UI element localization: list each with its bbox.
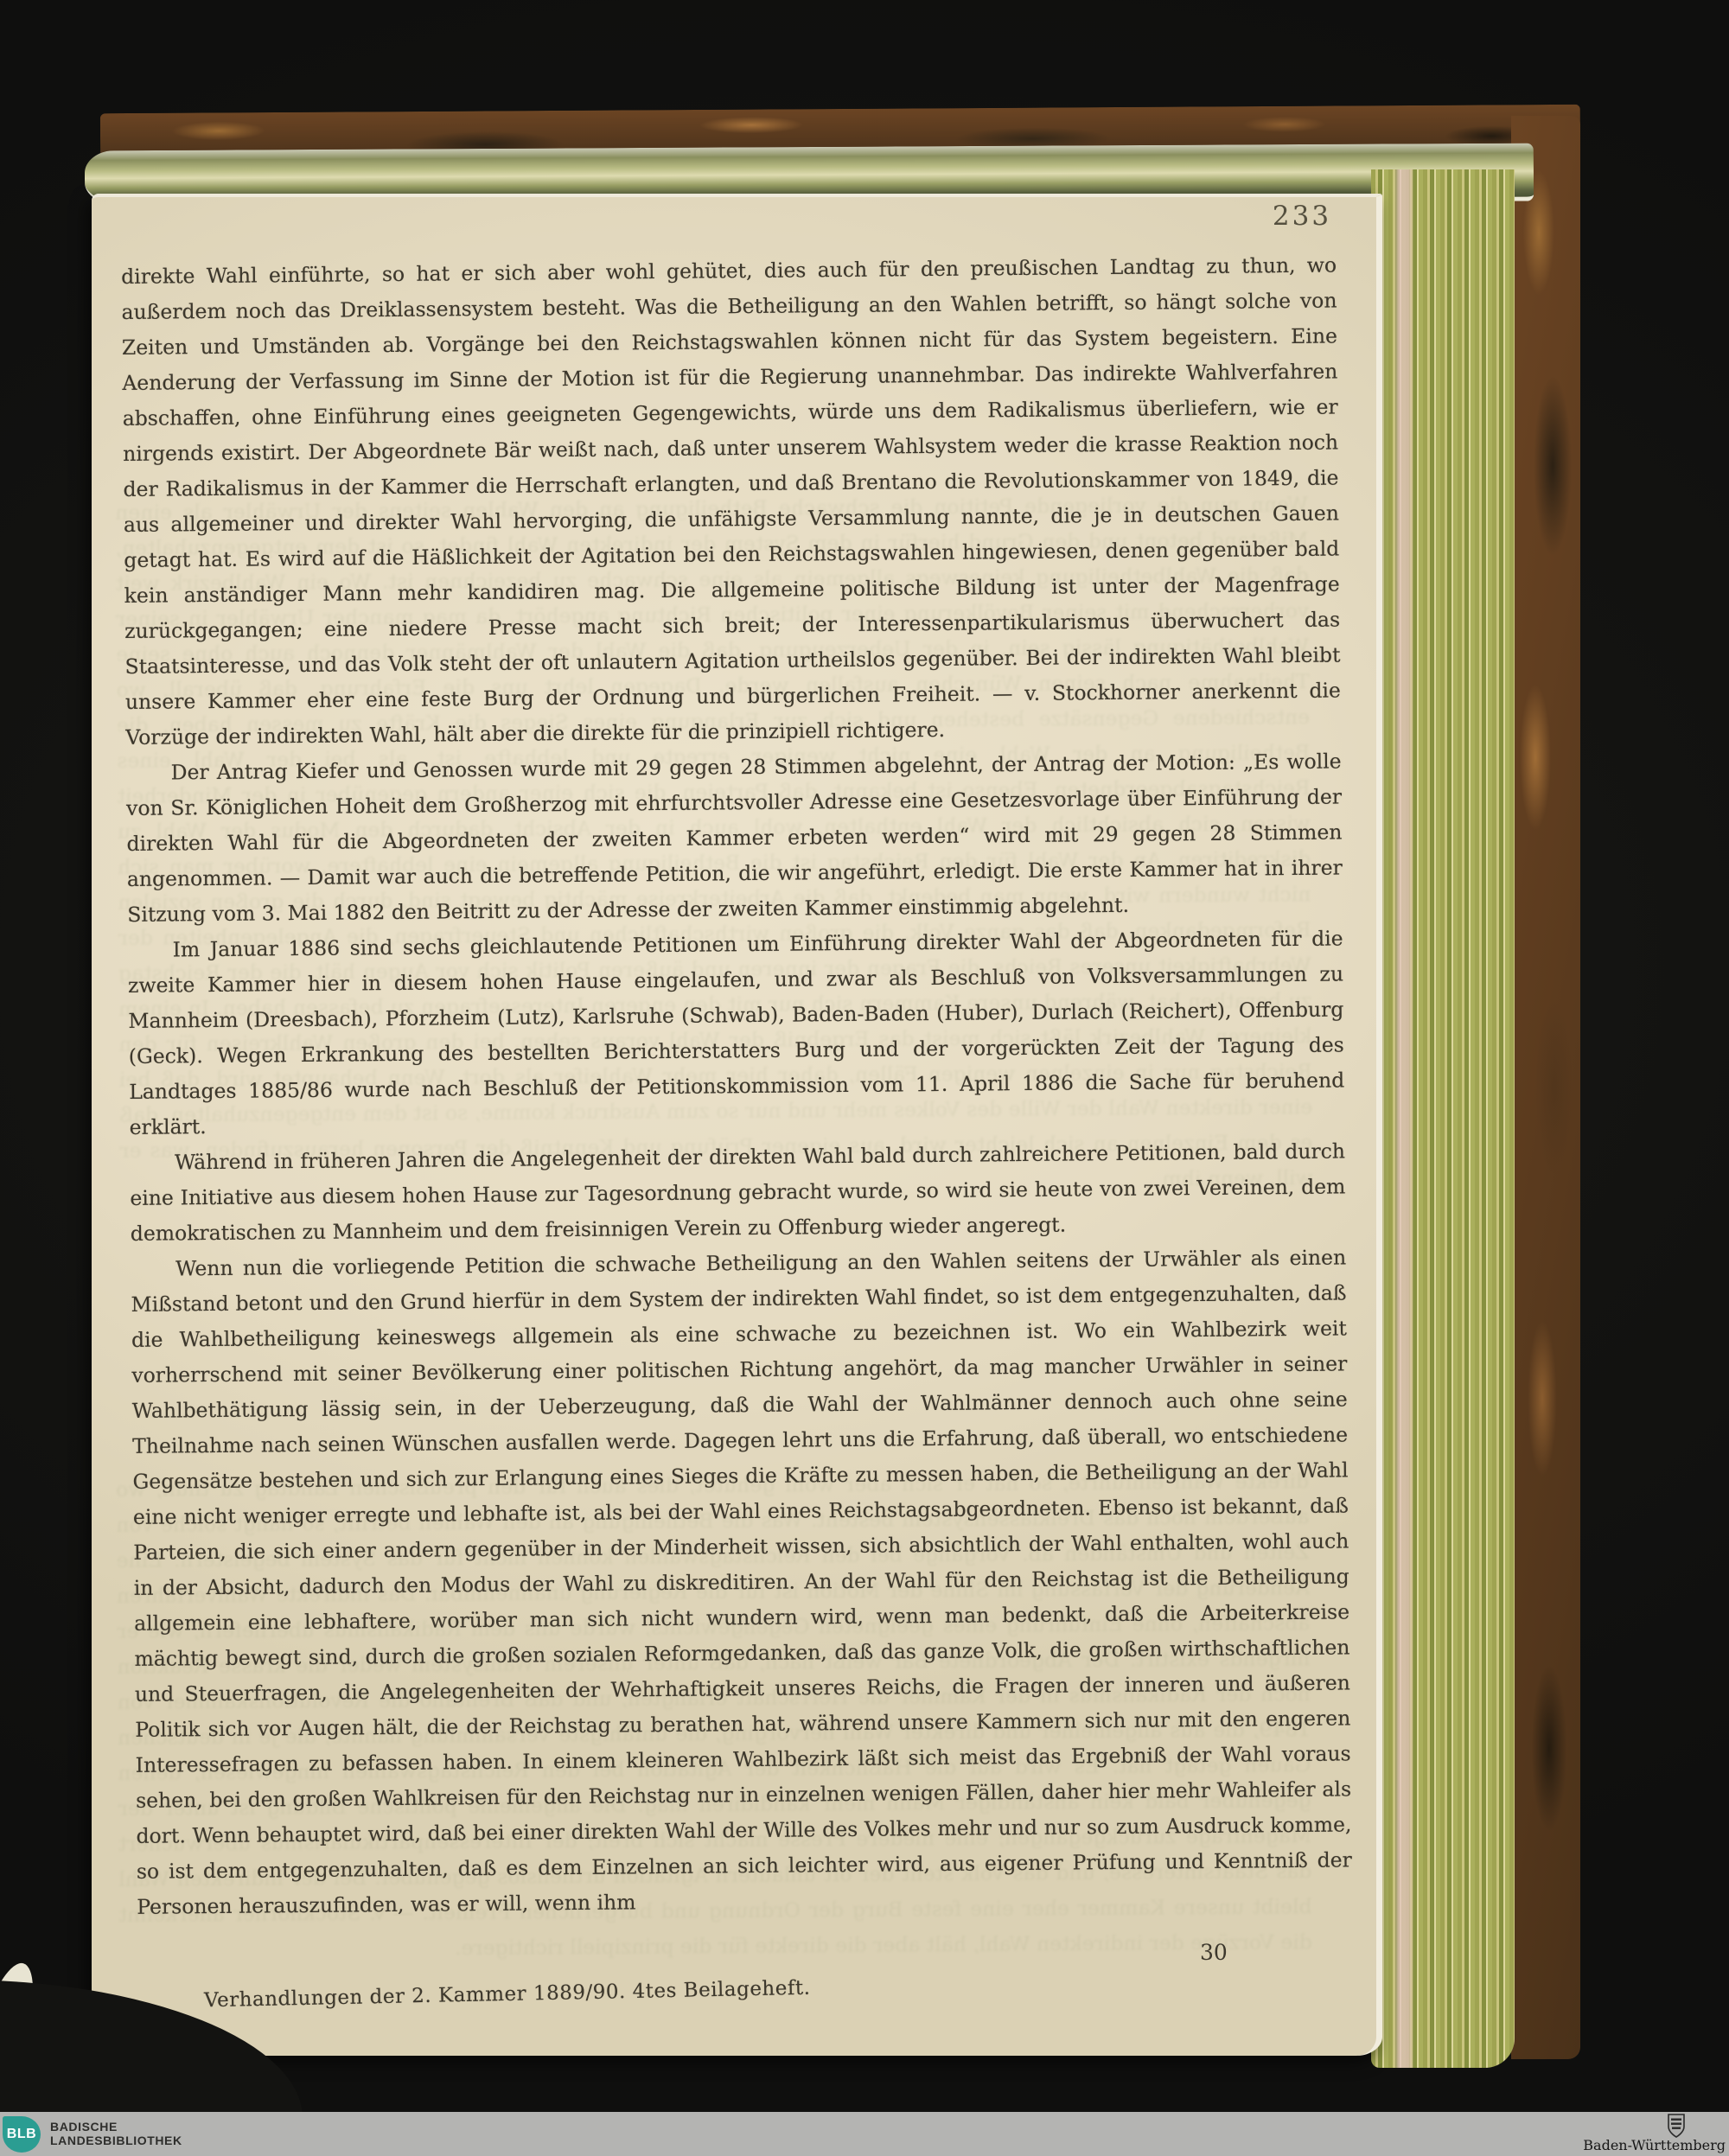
paragraph-2: Der Antrag Kiefer und Genossen wurde mit… <box>126 743 1343 932</box>
library-name-line2: LANDESBIBLIOTHEK <box>50 2134 182 2147</box>
paragraph-3: Im Januar 1886 sind sechs gleichlautende… <box>127 921 1344 1145</box>
library-footer-bar: BLB BADISCHE LANDESBIBLIOTHEK Baden-Würt… <box>0 2112 1729 2156</box>
library-name-line1: BADISCHE <box>50 2120 182 2134</box>
book-cover-right-edge <box>1511 116 1580 2059</box>
sheet-number: 30 <box>1200 1940 1228 1965</box>
baden-wuerttemberg-crest-icon <box>1667 2114 1686 2138</box>
book-page: 233 Wenn nun die vorliegende Petition di… <box>92 194 1382 2056</box>
body-text: direkte Wahl einführte, so hat er sich a… <box>121 248 1352 1925</box>
blb-logo-badge: BLB <box>3 2116 41 2153</box>
page-block-fore-edge <box>1371 169 1515 2068</box>
volume-signature: Verhandlungen der 2. Kammer 1889/90. 4te… <box>204 1977 811 2012</box>
blb-logo-text: BLB <box>7 2127 36 2142</box>
page-number: 233 <box>1250 201 1354 232</box>
state-name: Baden-Württemberg <box>1583 2137 1726 2153</box>
paragraph-5: Wenn nun die vorliegende Petition die sc… <box>131 1240 1352 1924</box>
paragraph-4: Während in früheren Jahren die Angelegen… <box>130 1133 1346 1251</box>
paragraph-1: direkte Wahl einführte, so hat er sich a… <box>121 248 1341 756</box>
library-name: BADISCHE LANDESBIBLIOTHEK <box>50 2120 182 2147</box>
scanned-book-viewer: 233 Wenn nun die vorliegende Petition di… <box>0 0 1729 2156</box>
